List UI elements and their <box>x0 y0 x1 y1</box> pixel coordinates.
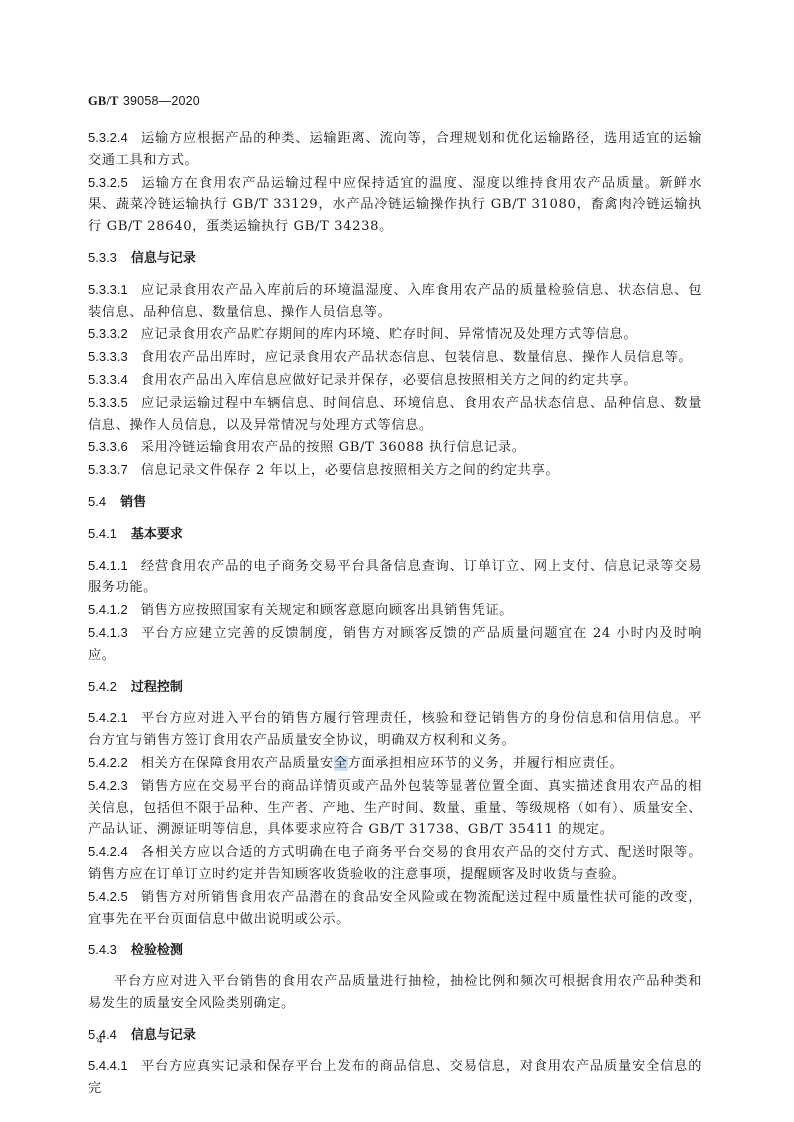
heading-text: 信息与记录 <box>131 1028 196 1043</box>
heading-number: 5.4 <box>88 491 106 513</box>
clause-5-4-2-4: 5.4.2.4各相关方应以合适的方式明确在电子商务平台交易的食用农产品的交付方式… <box>88 841 702 886</box>
heading-text: 销售 <box>120 495 146 510</box>
clause-number: 5.4.2.2 <box>88 752 128 774</box>
clause-5-3-3-7: 5.3.3.7信息记录文件保存 2 年以上，必要信息按照相关方之间的约定共享。 <box>88 459 702 482</box>
document-body: 5.3.2.4运输方应根据产品的种类、运输距离、流向等，合理规划和优化运输路径，… <box>88 127 702 1100</box>
clause-number: 5.4.2.5 <box>88 886 128 908</box>
clause-text: 食用农产品出库时，应记录食用农产品状态信息、包装信息、数量信息、操作人员信息等。 <box>141 350 693 365</box>
clause-text: 运输方应根据产品的种类、运输距离、流向等，合理规划和优化运输路径，选用适宜的运输… <box>88 131 702 168</box>
clause-number: 5.3.3.4 <box>88 369 128 391</box>
clause-5-4-1-2: 5.4.1.2销售方应按照国家有关规定和顾客意愿向顾客出具销售凭证。 <box>88 599 702 622</box>
clause-5-3-3-6: 5.3.3.6采用冷链运输食用农产品的按照 GB/T 36088 执行信息记录。 <box>88 436 702 459</box>
heading-text: 信息与记录 <box>131 251 196 266</box>
standard-number: 39058—2020 <box>123 94 200 108</box>
heading-text: 检验检测 <box>131 943 183 958</box>
clause-number: 5.4.2.3 <box>88 775 128 797</box>
clause-text: 经营食用农产品的电子商务交易平台具备信息查询、订单订立、网上支付、信息记录等交易… <box>88 559 702 596</box>
clause-number: 5.3.3.5 <box>88 392 128 414</box>
heading-text: 过程控制 <box>131 680 183 695</box>
clause-text: 销售方对所销售食用农产品潜在的食品安全风险或在物流配送过程中质量性状可能的改变，… <box>88 890 702 927</box>
clause-5-3-2-4: 5.3.2.4运输方应根据产品的种类、运输距离、流向等，合理规划和优化运输路径，… <box>88 127 702 172</box>
clause-text: 运输方在食用农产品运输过程中应保持适宜的温度、湿度以维持食用农产品质量。新鲜水果… <box>88 176 702 235</box>
clause-5-4-1-1: 5.4.1.1经营食用农产品的电子商务交易平台具备信息查询、订单订立、网上支付、… <box>88 555 702 600</box>
clause-number: 5.3.3.7 <box>88 459 128 481</box>
clause-number: 5.4.1.1 <box>88 555 128 577</box>
section-heading-5-4-4: 5.4.4信息与记录 <box>88 1024 702 1047</box>
clause-5-3-3-1: 5.3.3.1应记录食用农产品入库前后的环境温湿度、入库食用农产品的质量检验信息… <box>88 279 702 324</box>
clause-5-4-2-2: 5.4.2.2相关方在保障食用农产品质量安全方面承担相应环节的义务，并履行相应责… <box>88 752 702 775</box>
clause-number: 5.4.1.2 <box>88 599 128 621</box>
clause-text: 应记录食用农产品贮存期间的库内环境、贮存时间、异常情况及处理方式等信息。 <box>141 327 637 342</box>
clause-text: 销售方应在交易平台的商品详情页或产品外包装等显著位置全面、真实描述食用农产品的相… <box>88 779 702 838</box>
paragraph-5-4-3-body: 平台方应对进入平台销售的食用农产品质量进行抽检，抽检比例和频次可根据食用农产品种… <box>88 971 702 1015</box>
clause-5-4-2-1: 5.4.2.1平台方应对进入平台的销售方履行管理责任，核验和登记销售方的身份信息… <box>88 707 702 752</box>
clause-5-4-2-3: 5.4.2.3销售方应在交易平台的商品详情页或产品外包装等显著位置全面、真实描述… <box>88 775 702 841</box>
clause-number: 5.3.3.6 <box>88 436 128 458</box>
section-heading-5-3-3: 5.3.3信息与记录 <box>88 247 702 270</box>
clause-number: 5.3.2.4 <box>88 127 128 149</box>
clause-text: 各相关方应以合适的方式明确在电子商务平台交易的食用农产品的交付方式、配送时限等。… <box>88 845 702 882</box>
clause-number: 5.4.1.3 <box>88 622 128 644</box>
clause-number: 5.3.3.2 <box>88 323 128 345</box>
clause-text: 食用农产品出入库信息应做好记录并保存，必要信息按照相关方之间的约定共享。 <box>141 373 637 388</box>
clause-5-4-4-1: 5.4.4.1平台方应真实记录和保存平台上发布的商品信息、交易信息，对食用农产品… <box>88 1055 702 1100</box>
standard-code-header: GB/T 39058—2020 <box>88 93 200 109</box>
clause-text-before: 相关方在保障食用农产品质量安 <box>141 756 334 771</box>
heading-text: 基本要求 <box>131 527 183 542</box>
clause-text: 平台方应建立完善的反馈制度，销售方对顾客反馈的产品质量问题宜在 24 小时内及时… <box>88 626 702 663</box>
clause-number: 5.4.4.1 <box>88 1055 128 1077</box>
selected-text-highlight[interactable]: 全 <box>334 756 348 771</box>
clause-text-after: 方面承担相应环节的义务，并履行相应责任。 <box>348 756 624 771</box>
section-heading-5-4-2: 5.4.2过程控制 <box>88 676 702 699</box>
clause-5-3-3-3: 5.3.3.3食用农产品出库时，应记录食用农产品状态信息、包装信息、数量信息、操… <box>88 346 702 369</box>
clause-5-4-2-5: 5.4.2.5销售方对所销售食用农产品潜在的食品安全风险或在物流配送过程中质量性… <box>88 886 702 931</box>
clause-number: 5.3.2.5 <box>88 172 128 194</box>
clause-number: 5.4.2.1 <box>88 707 128 729</box>
clause-text: 平台方应真实记录和保存平台上发布的商品信息、交易信息，对食用农产品质量安全信息的… <box>88 1059 702 1096</box>
clause-5-3-3-4: 5.3.3.4食用农产品出入库信息应做好记录并保存，必要信息按照相关方之间的约定… <box>88 369 702 392</box>
heading-number: 5.4.2 <box>88 676 117 698</box>
page-number: 4 <box>97 1034 103 1046</box>
heading-number: 5.3.3 <box>88 247 117 269</box>
clause-text: 应记录运输过程中车辆信息、时间信息、环境信息、食用农产品状态信息、品种信息、数量… <box>88 396 702 433</box>
clause-number: 5.3.3.3 <box>88 346 128 368</box>
clause-text: 平台方应对进入平台的销售方履行管理责任，核验和登记销售方的身份信息和信用信息。平… <box>88 711 702 748</box>
clause-5-3-3-5: 5.3.3.5应记录运输过程中车辆信息、时间信息、环境信息、食用农产品状态信息、… <box>88 392 702 437</box>
clause-text: 销售方应按照国家有关规定和顾客意愿向顾客出具销售凭证。 <box>141 603 513 618</box>
section-heading-5-4: 5.4销售 <box>88 491 702 514</box>
section-heading-5-4-3: 5.4.3检验检测 <box>88 939 702 962</box>
clause-text: 应记录食用农产品入库前后的环境温湿度、入库食用农产品的质量检验信息、状态信息、包… <box>88 283 702 320</box>
section-heading-5-4-1: 5.4.1基本要求 <box>88 523 702 546</box>
standard-prefix: GB/T <box>88 94 119 108</box>
clause-5-3-2-5: 5.3.2.5运输方在食用农产品运输过程中应保持适宜的温度、湿度以维持食用农产品… <box>88 172 702 238</box>
clause-number: 5.4.2.4 <box>88 841 128 863</box>
clause-5-3-3-2: 5.3.3.2应记录食用农产品贮存期间的库内环境、贮存时间、异常情况及处理方式等… <box>88 323 702 346</box>
heading-number: 5.4.1 <box>88 523 117 545</box>
clause-5-4-1-3: 5.4.1.3平台方应建立完善的反馈制度，销售方对顾客反馈的产品质量问题宜在 2… <box>88 622 702 667</box>
heading-number: 5.4.3 <box>88 939 117 961</box>
clause-number: 5.3.3.1 <box>88 279 128 301</box>
clause-text: 信息记录文件保存 2 年以上，必要信息按照相关方之间的约定共享。 <box>141 463 559 478</box>
clause-text: 采用冷链运输食用农产品的按照 GB/T 36088 执行信息记录。 <box>141 440 526 455</box>
